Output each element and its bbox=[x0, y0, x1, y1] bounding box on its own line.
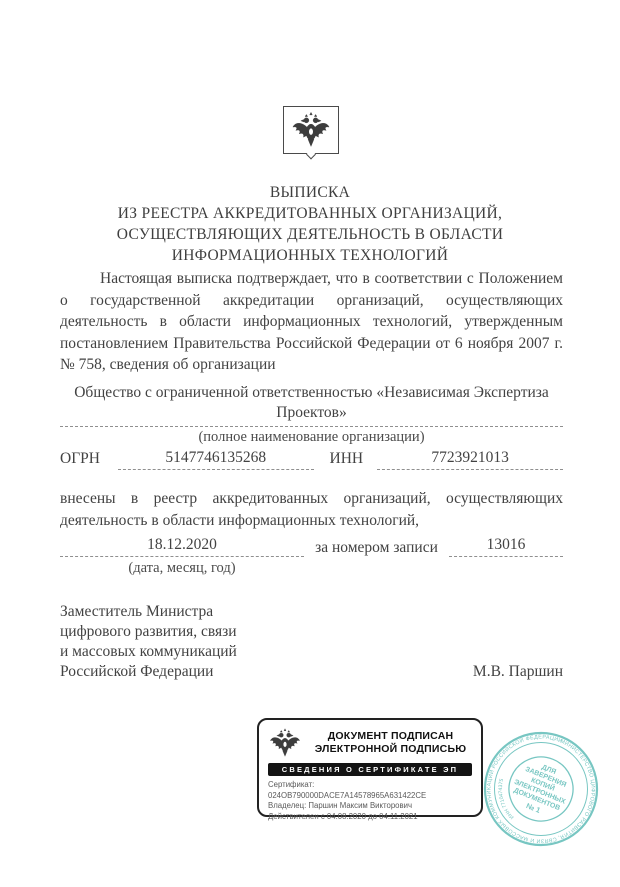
intro-paragraph: Настоящая выписка подтверждает, что в со… bbox=[60, 268, 563, 376]
inn-value: 7723921013 bbox=[377, 449, 563, 470]
esign-validity: Действителен с 04.08.2020 до 04.11.2021 bbox=[268, 812, 472, 823]
ogrn-inn-row: ОГРН 5147746135268 ИНН 7723921013 bbox=[60, 449, 563, 470]
ogrn-label: ОГРН bbox=[60, 450, 100, 470]
esign-title-line-2: ЭЛЕКТРОННОЙ ПОДПИСЬЮ bbox=[309, 743, 472, 756]
organization-block: Общество с ограниченной ответственностью… bbox=[60, 383, 563, 446]
document-title: ВЫПИСКА ИЗ РЕЕСТРА АККРЕДИТОВАННЫХ ОРГАН… bbox=[40, 182, 580, 266]
state-emblem-icon bbox=[290, 110, 332, 150]
round-teal-seal: МИНИСТЕРСТВО ЦИФРОВОГО РАЗВИТИЯ, СВЯЗИ И… bbox=[463, 711, 619, 867]
round-seal-icon: МИНИСТЕРСТВО ЦИФРОВОГО РАЗВИТИЯ, СВЯЗИ И… bbox=[463, 711, 619, 867]
entered-paragraph: внесены в реестр аккредитованных организ… bbox=[60, 488, 563, 531]
document-page: ВЫПИСКА ИЗ РЕЕСТРА АККРЕДИТОВАННЫХ ОРГАН… bbox=[0, 0, 620, 887]
state-emblem-box bbox=[283, 106, 339, 154]
record-date: 18.12.2020 bbox=[60, 536, 304, 557]
esign-owner: Владелец: Паршин Максим Викторович bbox=[268, 801, 472, 812]
electronic-signature-stamp: ДОКУМЕНТ ПОДПИСАН ЭЛЕКТРОННОЙ ПОДПИСЬЮ С… bbox=[257, 718, 483, 817]
inn-label: ИНН bbox=[330, 450, 364, 470]
signer-position-line-2: цифрового развития, связи bbox=[60, 622, 237, 642]
esign-emblem-icon bbox=[268, 727, 302, 759]
organization-name: Общество с ограниченной ответственностью… bbox=[60, 383, 563, 427]
ogrn-value: 5147746135268 bbox=[118, 449, 314, 470]
signer-name: М.В. Паршин bbox=[473, 662, 563, 682]
signature-block: Заместитель Министра цифрового развития,… bbox=[60, 602, 563, 682]
esign-certificate-number: Сертификат: 024OB790000DACE7A14578965A63… bbox=[268, 780, 472, 801]
esign-title: ДОКУМЕНТ ПОДПИСАН ЭЛЕКТРОННОЙ ПОДПИСЬЮ bbox=[309, 730, 472, 756]
date-caption: (дата, месяц, год) bbox=[60, 560, 304, 577]
signer-position-line-4: Российской Федерации bbox=[60, 662, 237, 682]
title-line-1: ВЫПИСКА bbox=[40, 182, 580, 203]
esign-header: ДОКУМЕНТ ПОДПИСАН ЭЛЕКТРОННОЙ ПОДПИСЬЮ bbox=[268, 727, 472, 759]
signer-position-line-1: Заместитель Министра bbox=[60, 602, 237, 622]
record-number: 13016 bbox=[449, 536, 563, 557]
signer-position-line-3: и массовых коммуникаций bbox=[60, 642, 237, 662]
esign-title-line-1: ДОКУМЕНТ ПОДПИСАН bbox=[309, 730, 472, 743]
date-record-row: 18.12.2020 за номером записи 13016 bbox=[60, 536, 563, 557]
title-line-4: ИНФОРМАЦИОННЫХ ТЕХНОЛОГИЙ bbox=[40, 245, 580, 266]
title-line-2: ИЗ РЕЕСТРА АККРЕДИТОВАННЫХ ОРГАНИЗАЦИЙ, bbox=[40, 203, 580, 224]
signer-position: Заместитель Министра цифрового развития,… bbox=[60, 602, 237, 682]
title-line-3: ОСУЩЕСТВЛЯЮЩИХ ДЕЯТЕЛЬНОСТЬ В ОБЛАСТИ bbox=[40, 224, 580, 245]
record-number-label: за номером записи bbox=[315, 539, 438, 557]
esign-certificate-details: Сертификат: 024OB790000DACE7A14578965A63… bbox=[268, 780, 472, 822]
esign-certificate-bar: СВЕДЕНИЯ О СЕРТИФИКАТЕ ЭП bbox=[268, 763, 472, 776]
organization-name-caption: (полное наименование организации) bbox=[60, 429, 563, 446]
